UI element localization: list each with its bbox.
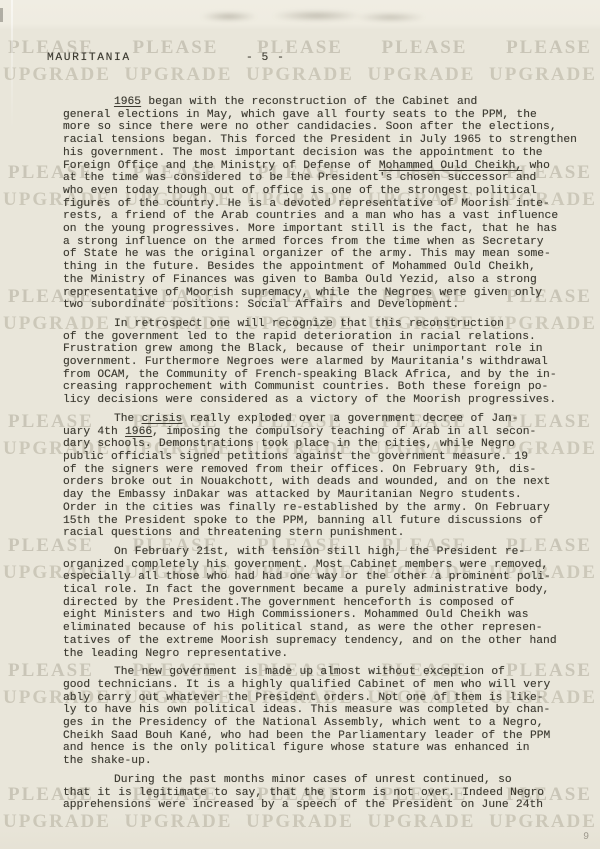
underlined-text: 1966: [125, 426, 152, 438]
text-line: especially all those who had had one way…: [63, 571, 597, 584]
text-line: Foreign Office and the Ministry of Defen…: [63, 160, 597, 173]
text-line: representative of Moorish supremacy, whi…: [63, 287, 597, 300]
page-number: - 5 -: [246, 52, 285, 64]
text-line: uary 4th 1966, imposing the compulsory t…: [63, 426, 597, 439]
text-line: organized completely his government. Mos…: [63, 559, 597, 572]
text-line: good technicians. It is a highly qualifi…: [63, 679, 597, 692]
paragraph-crisis: The crisis really exploded over a govern…: [63, 413, 597, 540]
text-line: government. Furthermore Negroes were ala…: [63, 356, 597, 369]
watermark-word: UPGRADE: [368, 65, 476, 85]
text-line: two subordinate positions: Social Affair…: [63, 299, 597, 312]
text-line: licy decisions were considered as a vict…: [63, 394, 597, 407]
text-line: In retrospect one will recognize that th…: [63, 318, 597, 331]
text-line: his government. The most important decis…: [63, 147, 597, 160]
text-line: During the past months minor cases of un…: [63, 774, 597, 787]
text-line: the Ministry of Finances was given to Ba…: [63, 274, 597, 287]
text-line: The new government is made up almost wit…: [63, 666, 597, 679]
text-line: day the Embassy inDakar was attacked by …: [63, 489, 597, 502]
watermark-word: UPGRADE: [3, 65, 111, 85]
text-line: who even today though out of office is o…: [63, 185, 597, 198]
text-line: a strong influence on the armed forces f…: [63, 236, 597, 249]
text-line: tatives of the extreme Moorish supremacy…: [63, 635, 597, 648]
watermark-word: UPGRADE: [489, 812, 597, 832]
watermark-word: UPGRADE: [125, 812, 233, 832]
text-line: On February 21st, with tension still hig…: [63, 546, 597, 559]
paper-crease: [11, 0, 13, 130]
text-line: of the signers were removed from their o…: [63, 464, 597, 477]
text-line: racial questions and threatening stern p…: [63, 527, 597, 540]
text-line: rests, a friend of the Arab countries an…: [63, 210, 597, 223]
text-line: The crisis really exploded over a govern…: [63, 413, 597, 426]
watermark-row: UPGRADEUPGRADEUPGRADEUPGRADEUPGRADE: [0, 65, 600, 85]
text-line: that it is legitimate to say, that the s…: [63, 787, 597, 800]
paragraph-retrospect: In retrospect one will recognize that th…: [63, 318, 597, 407]
stamp-smudge: [186, 9, 424, 24]
paragraph-1965-elections: 1965 began with the reconstruction of th…: [63, 96, 597, 312]
scanned-page: PLEASEPLEASEPLEASEPLEASEPLEASEUPGRADEUPG…: [0, 0, 600, 849]
text-line: eliminated because of his political stan…: [63, 622, 597, 635]
text-line: racial tensions began. This forced the P…: [63, 134, 597, 147]
text-line: thing in the future. Besides the appoint…: [63, 261, 597, 274]
country-title: MAURITANIA: [47, 52, 131, 64]
text-line: of State he was the original organizer o…: [63, 248, 597, 261]
text-line: public officials signed petitions agains…: [63, 451, 597, 464]
text-line: the leading Negro representative.: [63, 648, 597, 661]
watermark-word: UPGRADE: [489, 65, 597, 85]
text-line: and hence is the only political figure w…: [63, 742, 597, 755]
text-line: on the young progressives. More importan…: [63, 223, 597, 236]
text-line: more so since there were no other candid…: [63, 121, 597, 134]
watermark-word: PLEASE: [506, 38, 592, 58]
text-line: at the time was considered to be the Pre…: [63, 172, 597, 185]
paragraph-unrest: During the past months minor cases of un…: [63, 774, 597, 812]
text-line: ges in the Presidency of the National As…: [63, 717, 597, 730]
text-line: eight Ministers and two High Commissione…: [63, 609, 597, 622]
text-line: dary schools. Demonstrations took place …: [63, 438, 597, 451]
text-line: apprehensions were increased by a speech…: [63, 799, 597, 812]
handwritten-page-mark: 9: [583, 832, 590, 843]
text-line: 15th the President spoke to the PPM, ban…: [63, 515, 597, 528]
text-line: ly to have his own political ideas. This…: [63, 704, 597, 717]
underlined-text: Mohammed Ould Cheikh,: [379, 160, 522, 172]
text-line: the shake-up.: [63, 755, 597, 768]
scan-edge-mark: [0, 8, 3, 22]
watermark-word: UPGRADE: [246, 812, 354, 832]
text-line: Frustration grew among the Black, becaus…: [63, 343, 597, 356]
text-line: tical role. In fact the government becam…: [63, 584, 597, 597]
text-line: 1965 began with the reconstruction of th…: [63, 96, 597, 109]
underlined-text: 1965: [114, 96, 141, 108]
text-line: general elections in May, which gave all…: [63, 109, 597, 122]
paragraph-new-government: The new government is made up almost wit…: [63, 666, 597, 768]
watermark-word: UPGRADE: [246, 65, 354, 85]
text-line: figures of the country. He is a devoted …: [63, 198, 597, 211]
text-line: of the government led to the rapid deter…: [63, 331, 597, 344]
underlined-text: crisis: [142, 413, 183, 425]
watermark-word: UPGRADE: [125, 65, 233, 85]
watermark-word: PLEASE: [382, 38, 468, 58]
watermark-word: PLEASE: [133, 38, 219, 58]
text-line: Cheikh Saad Bouh Kané, who had been the …: [63, 730, 597, 743]
document-body: 1965 began with the reconstruction of th…: [63, 96, 597, 812]
paragraph-reorganization: On February 21st, with tension still hig…: [63, 546, 597, 660]
watermark-row: UPGRADEUPGRADEUPGRADEUPGRADEUPGRADE: [0, 812, 600, 832]
text-line: from OCAM, the Community of French-speak…: [63, 369, 597, 382]
text-line: directed by the President.The government…: [63, 597, 597, 610]
watermark-word: UPGRADE: [3, 812, 111, 832]
text-line: ably carry out whatever the President or…: [63, 692, 597, 705]
text-line: orders broke out in Nouakchott, with dea…: [63, 476, 597, 489]
watermark-word: UPGRADE: [368, 812, 476, 832]
text-line: Order in the cities was finally re-estab…: [63, 502, 597, 515]
text-line: creasing rapprochement with Communist co…: [63, 381, 597, 394]
